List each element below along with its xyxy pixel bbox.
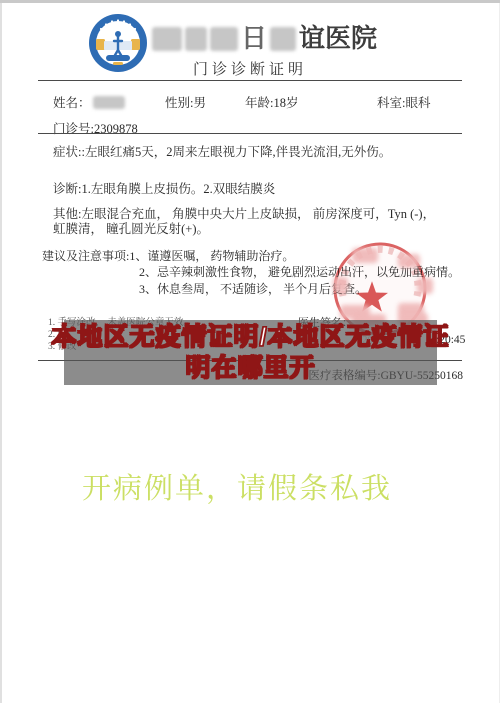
- overlay-caption-line1: 本地区无疫情证明/本地区无疫情证: [52, 322, 450, 353]
- watermark-caption-overlay: 本地区无疫情证明/本地区无疫情证 明在哪里开: [64, 320, 437, 385]
- outpatient-number: 门诊号:2309878: [53, 119, 138, 137]
- other-findings-line2: 虹膜清， 瞳孔圆光反射(+)。: [53, 219, 209, 237]
- stamp-redaction: [352, 248, 378, 263]
- stamp-redaction: [333, 277, 348, 293]
- stamp-redaction: [417, 278, 433, 294]
- hospital-name-partial-char: 日: [241, 26, 267, 52]
- symptoms-line: 症状::左眼红痛5天，2周来左眼视力下降,伴畏光流泪,无外伤。: [53, 142, 391, 160]
- promo-caption: 开病例单，请假条私我: [82, 466, 392, 507]
- redaction-block: [185, 27, 207, 51]
- overlay-caption-line2: 明在哪里开: [185, 353, 315, 384]
- diagnosis-certificate-page: 日 谊医院 门诊诊断证明 姓名： 性别:男 年龄:18岁 科室:眼科 门诊号:2…: [0, 0, 500, 703]
- patient-age: 年龄:18岁: [245, 93, 298, 111]
- redaction-block: [152, 27, 182, 51]
- patient-gender: 性别:男: [165, 93, 206, 111]
- patient-name-redaction: [93, 96, 125, 109]
- redaction-block: [210, 27, 238, 51]
- document-title: 门诊诊断证明: [0, 58, 500, 79]
- hospital-name-visible: 谊医院: [299, 26, 377, 52]
- divider-info: [38, 133, 462, 134]
- divider-top: [38, 80, 462, 81]
- patient-name-label: 姓名：: [53, 93, 91, 111]
- stamp-redaction: [398, 254, 420, 268]
- advice-line1: 建议及注意事项:1、谨遵医嘱， 药物辅助治疗。: [42, 247, 294, 264]
- hospital-name: 日 谊医院: [152, 22, 377, 56]
- diagnosis-line: 诊断:1.左眼角膜上皮损伤。2.双眼结膜炎: [53, 179, 275, 197]
- patient-department: 科室:眼科: [377, 93, 430, 111]
- redaction-block: [270, 27, 296, 51]
